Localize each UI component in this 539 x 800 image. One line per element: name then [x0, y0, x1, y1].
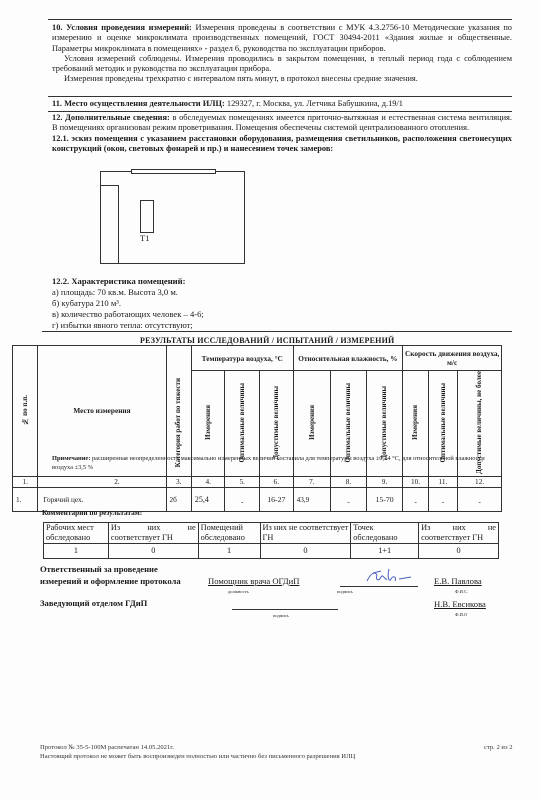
name-caption: Ф.И.С. [455, 589, 468, 594]
equipment-shape [101, 185, 119, 264]
name-2: Н.В. Евсикова [434, 599, 486, 609]
note-label: Примечание: [52, 455, 90, 462]
comments-value: 1+1 [351, 543, 419, 558]
comments-header: Помещений обследовано [198, 523, 260, 544]
comments-value-row: 1 0 1 0 1+1 0 [44, 543, 499, 558]
responsible-label-2: измерений и оформление протокола [40, 576, 181, 586]
row-hum-measured: 43,9 [293, 487, 331, 511]
row-hum-allowed: 15-70 [366, 487, 403, 511]
comments-value: 1 [44, 543, 109, 558]
column-number: 3. [166, 476, 191, 487]
divider [48, 96, 512, 97]
results-note: Примечание: расширенная неопределенность… [52, 455, 492, 473]
measurement-point-label: Т1 [140, 233, 149, 243]
row-temp-allowed: 16-27 [260, 487, 294, 511]
section-10-heading: 10. Условия проведения измерений: [52, 23, 192, 32]
comments-header: Из них не соответствует ГН [419, 523, 499, 544]
characteristic-item: а) площадь: 70 кв.м. Высота 3,0 м. [52, 287, 204, 298]
column-number: 8. [331, 476, 367, 487]
section-10-conditions: Условия измерений соблюдены. Измерения п… [52, 54, 512, 75]
header-temperature: Температура воздуха, °С [191, 346, 293, 371]
characteristics-heading: 12.2. Характеристика помещений: [52, 276, 204, 287]
divider [48, 19, 512, 20]
signature-line [232, 609, 338, 610]
section-11-text: 129327, г. Москва, ул. Летчика Бабушкина… [227, 99, 403, 108]
comments-header: Из них не соответствует ГН [260, 523, 351, 544]
name-caption: Ф.И.О [455, 612, 467, 617]
room-sketch: Т1 [100, 171, 245, 264]
signature-caption: подпись [273, 613, 289, 618]
responsible-label-1: Ответственный за проведение [40, 564, 158, 574]
header-air-speed: Скорость движения воздуха, м/с [403, 346, 502, 371]
comments-value: 0 [260, 543, 351, 558]
results-title: РЕЗУЛЬТАТЫ ИССЛЕДОВАНИЙ / ИСПЫТАНИЙ / ИЗ… [140, 336, 500, 345]
footer-page: стр. 2 из 2 [484, 744, 513, 751]
position-text: Помощник врача ОГДиП [208, 576, 299, 586]
comments-header-row: Рабочих мест обследовано Из них не соотв… [44, 523, 499, 544]
name-1: Е.В. Павлова [434, 576, 482, 586]
section-12: 12. Дополнительные сведения: в обследуем… [52, 113, 512, 154]
column-numbers-row: 1. 2. 3. 4. 5. 6. 7. 8. 9. 10. 11. 12. [13, 476, 502, 487]
header-number: № по п.п. [13, 346, 38, 477]
window-shape [131, 169, 216, 174]
comments-value: 0 [419, 543, 499, 558]
comments-table: Рабочих мест обследовано Из них не соотв… [43, 522, 499, 559]
position-caption: должность [228, 589, 249, 594]
divider [48, 111, 512, 112]
column-number: 2. [38, 476, 166, 487]
column-number: 4. [191, 476, 225, 487]
row-temp-measured: 25,4 [191, 487, 225, 511]
comments-header: Рабочих мест обследовано [44, 523, 109, 544]
column-number: 7. [293, 476, 331, 487]
characteristic-item: б) кубатура 210 м³. [52, 298, 204, 309]
results-table: № по п.п. Место измерения Температура во… [12, 345, 502, 512]
comments-value: 0 [108, 543, 198, 558]
signature-caption: подпись [337, 589, 353, 594]
comments-title: Комментарии по результатам: [42, 508, 142, 517]
column-number: 6. [260, 476, 294, 487]
characteristic-item: в) количество работающих человек – 4-6; [52, 309, 204, 320]
footer-protocol: Протокол № 35-5-100М распечатан 14.05.20… [40, 744, 174, 751]
column-number: 10. [403, 476, 428, 487]
row-speed-measured: - [403, 487, 428, 511]
column-number: 1. [13, 476, 38, 487]
header-blank [166, 346, 191, 371]
footer-disclaimer: Настоящий протокол не может быть воспрои… [40, 753, 355, 760]
header-humidity: Относительная влажность, % [293, 346, 403, 371]
row-temp-optimal: - [225, 487, 260, 511]
comments-header: Из них не соответствует ГН [108, 523, 198, 544]
column-number: 11. [428, 476, 457, 487]
divider [42, 331, 512, 332]
row-speed-allowed: - [458, 487, 502, 511]
head-title: Заведующий отделом ГДиП [40, 598, 147, 608]
column-number: 12. [458, 476, 502, 487]
section-11-heading: 11. Место осуществления деятельности ИЛЦ… [52, 99, 225, 108]
row-number: 1. [13, 487, 38, 511]
comments-header: Точек обследовано [351, 523, 419, 544]
row-category: 2б [166, 487, 191, 511]
equipment-shape [140, 200, 154, 233]
column-number: 5. [225, 476, 260, 487]
note-text: расширенная неопределенность максимально… [52, 455, 485, 471]
row-hum-optimal: - [331, 487, 367, 511]
characteristic-item: г) избытки явного тепла: отсутствуют; [52, 320, 204, 331]
section-11: 11. Место осуществления деятельности ИЛЦ… [52, 99, 512, 109]
section-10-repeat: Измерения проведены трехкратно с интерва… [52, 74, 512, 84]
row-speed-optimal: - [428, 487, 457, 511]
comments-value: 1 [198, 543, 260, 558]
sketch-heading: 12.1. эскиз помещения с указанием расста… [52, 134, 512, 155]
section-10: 10. Условия проведения измерений: Измере… [52, 23, 512, 85]
section-12-heading: 12. Дополнительные сведения: [52, 113, 170, 122]
room-characteristics: 12.2. Характеристика помещений: а) площа… [52, 276, 204, 331]
signature-image [365, 567, 415, 587]
column-number: 9. [366, 476, 403, 487]
